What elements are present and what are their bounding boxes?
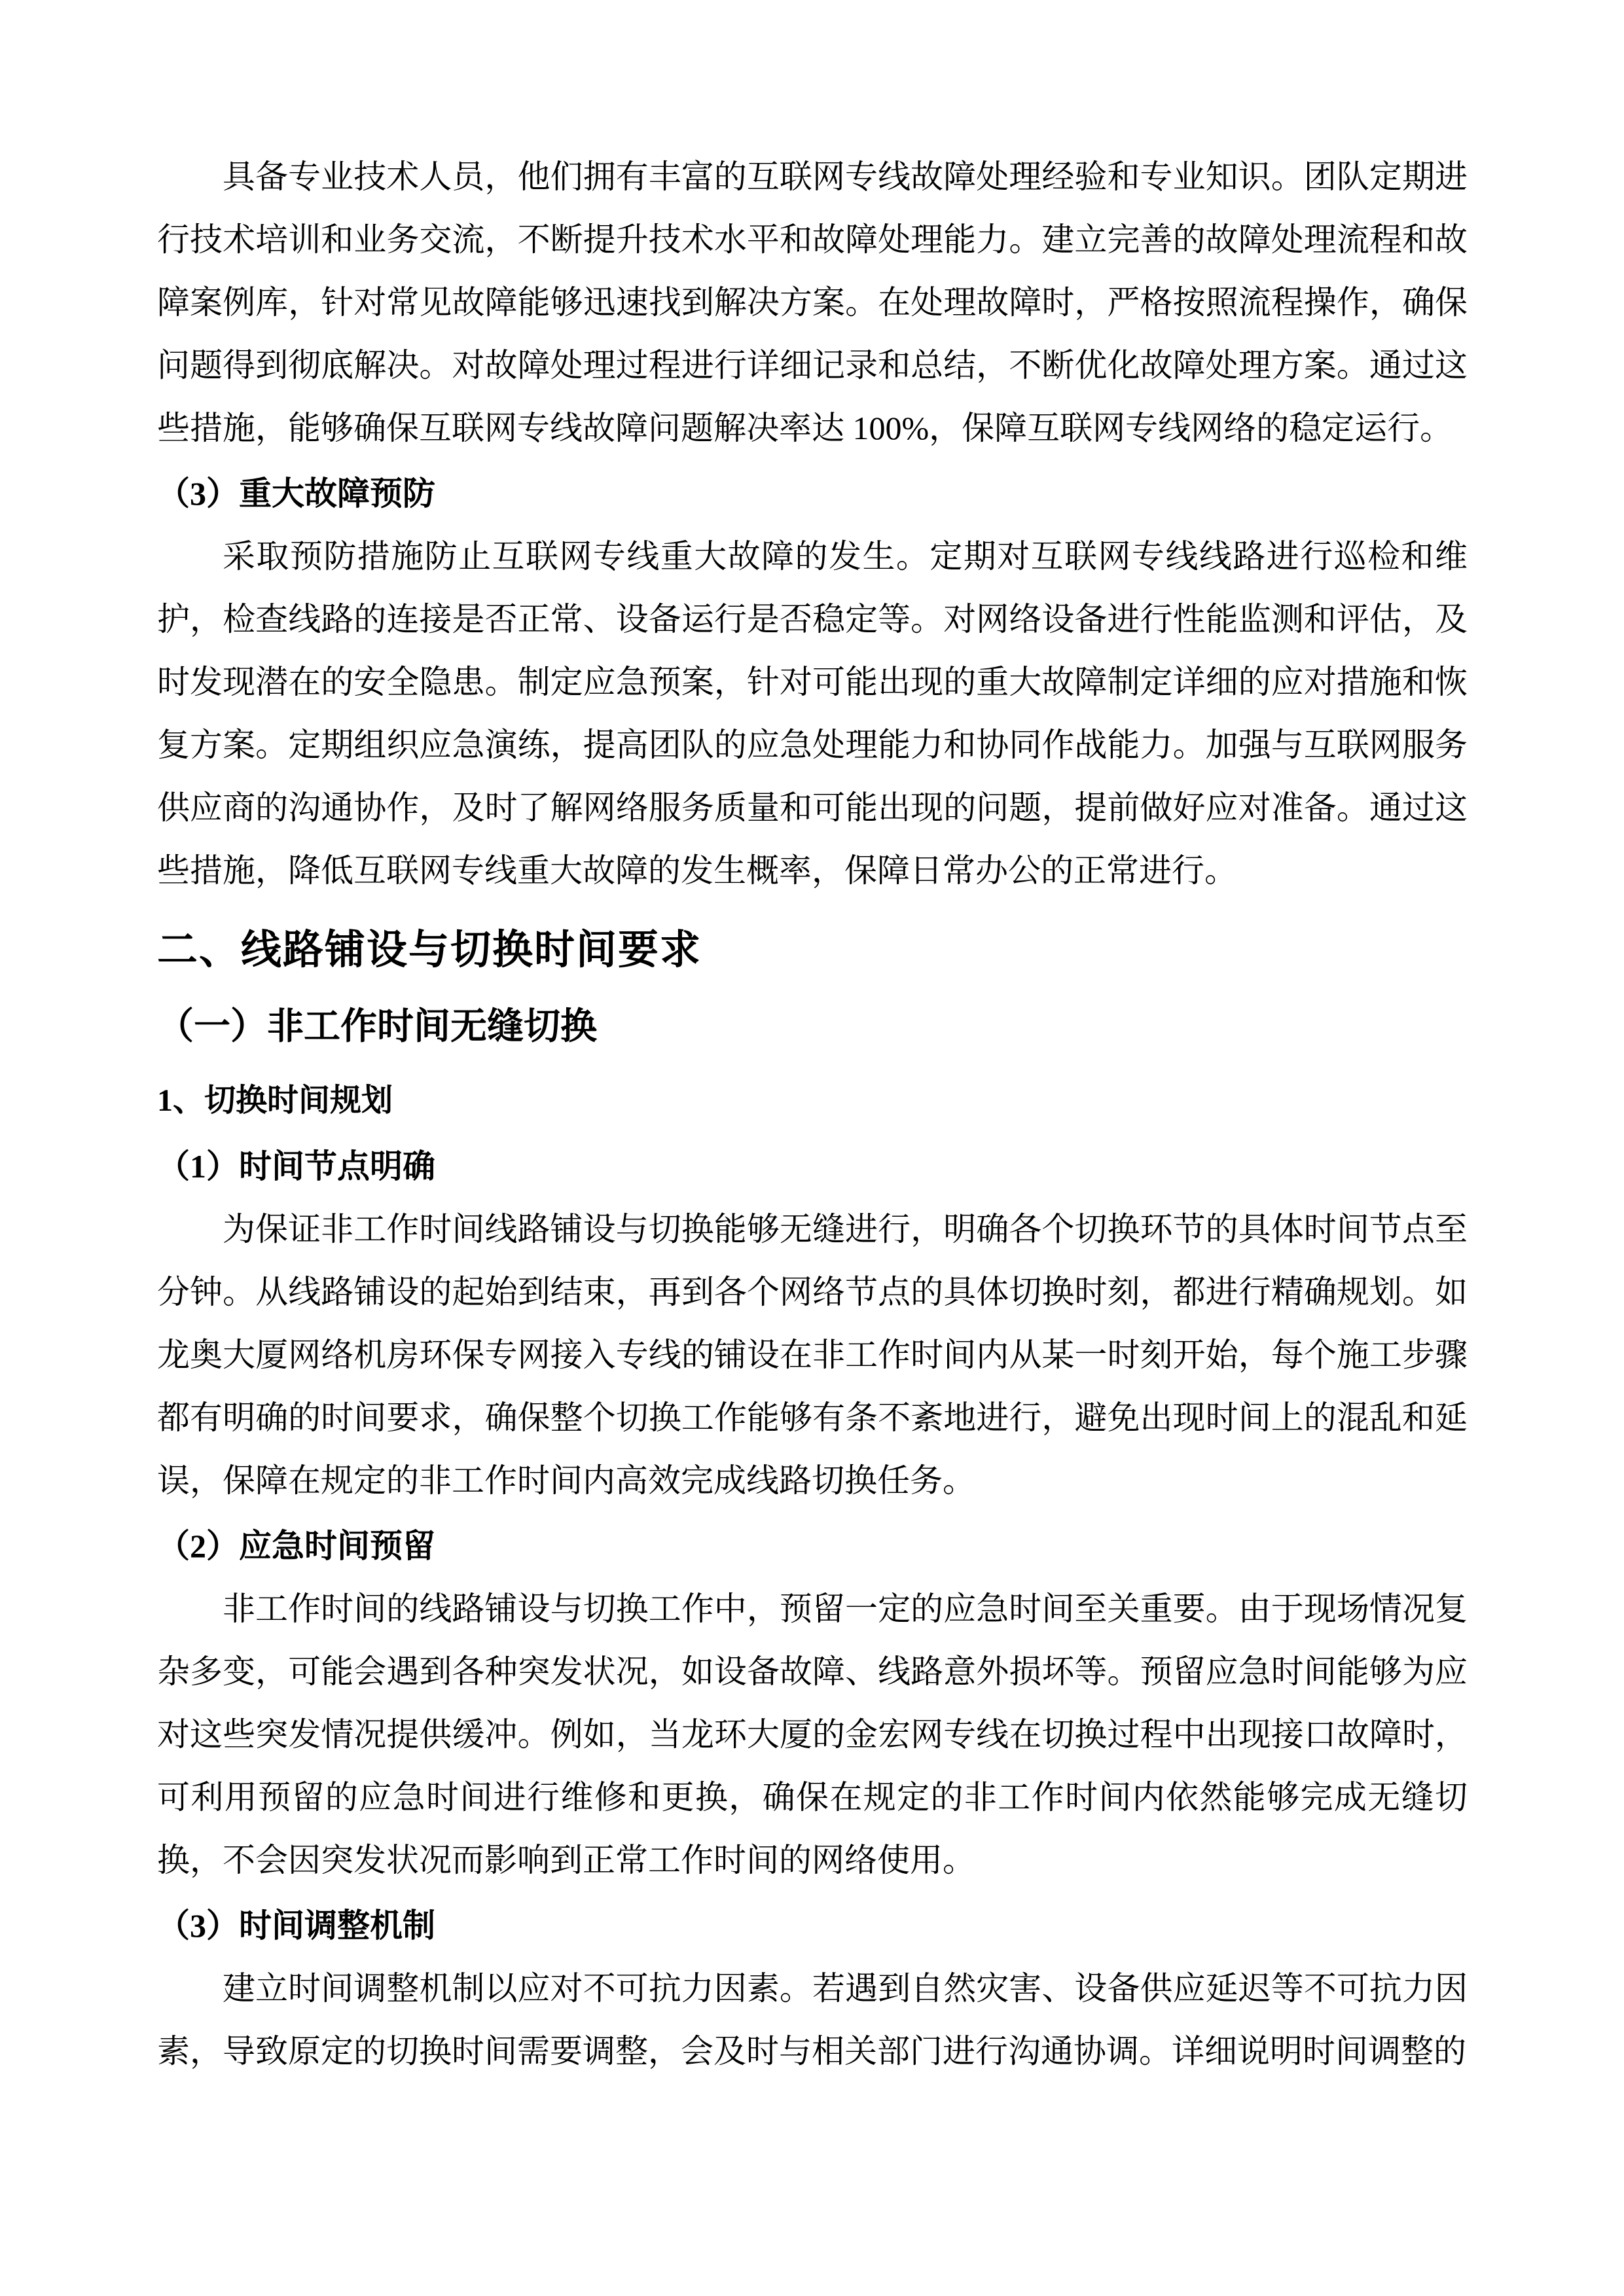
section-heading-level-4: （3）时间调整机制	[157, 1894, 1468, 1957]
paragraph: 采取预防措施防止互联网专线重大故障的发生。定期对互联网专线线路进行巡检和维护，检…	[157, 525, 1468, 902]
text-line: 杂多变，可能会遇到各种突发状况，如设备故障、线路意外损坏等。预留应急时间能够为应	[157, 1640, 1468, 1703]
section-heading-level-3: 1、切换时间规划	[157, 1069, 1468, 1132]
text-line: 时发现潜在的安全隐患。制定应急预案，针对可能出现的重大故障制定详细的应对措施和恢	[157, 651, 1468, 713]
paragraph: 为保证非工作时间线路铺设与切换能够无缝进行，明确各个切换环节的具体时间节点至分钟…	[157, 1198, 1468, 1512]
paragraph: 建立时间调整机制以应对不可抗力因素。若遇到自然灾害、设备供应延迟等不可抗力因素，…	[157, 1957, 1468, 2083]
text-line: 障案例库，针对常见故障能够迅速找到解决方案。在处理故障时，严格按照流程操作，确保	[157, 271, 1468, 334]
section-heading-level-4: （1）时间节点明确	[157, 1135, 1468, 1198]
text-line: 素，导致原定的切换时间需要调整，会及时与相关部门进行沟通协调。详细说明时间调整的	[157, 2020, 1468, 2083]
section-heading-level-4: （3）重大故障预防	[157, 462, 1468, 525]
text-line: 换，不会因突发状况而影响到正常工作时间的网络使用。	[157, 1829, 1468, 1892]
text-line: 采取预防措施防止互联网专线重大故障的发生。定期对互联网专线线路进行巡检和维	[157, 525, 1468, 588]
text-line: 护，检查线路的连接是否正常、设备运行是否稳定等。对网络设备进行性能监测和评估，及	[157, 588, 1468, 651]
text-line: 非工作时间的线路铺设与切换工作中，预留一定的应急时间至关重要。由于现场情况复	[157, 1577, 1468, 1640]
text-line: 行技术培训和业务交流，不断提升技术水平和故障处理能力。建立完善的故障处理流程和故	[157, 208, 1468, 271]
paragraph: 具备专业技术人员，他们拥有丰富的互联网专线故障处理经验和专业知识。团队定期进行技…	[157, 145, 1468, 459]
text-line: 龙奥大厦网络机房环保专网接入专线的铺设在非工作时间内从某一时刻开始，每个施工步骤	[157, 1323, 1468, 1386]
text-line: 都有明确的时间要求，确保整个切换工作能够有条不紊地进行，避免出现时间上的混乱和延	[157, 1386, 1468, 1449]
text-line: 些措施，降低互联网专线重大故障的发生概率，保障日常办公的正常进行。	[157, 839, 1468, 902]
text-line: 复方案。定期组织应急演练，提高团队的应急处理能力和协同作战能力。加强与互联网服务	[157, 713, 1468, 776]
document-page: 具备专业技术人员，他们拥有丰富的互联网专线故障处理经验和专业知识。团队定期进行技…	[0, 0, 1624, 2296]
text-line: 建立时间调整机制以应对不可抗力因素。若遇到自然灾害、设备供应延迟等不可抗力因	[157, 1957, 1468, 2020]
text-line: 供应商的沟通协作，及时了解网络服务质量和可能出现的问题，提前做好应对准备。通过这	[157, 776, 1468, 839]
text-line: 问题得到彻底解决。对故障处理过程进行详细记录和总结，不断优化故障处理方案。通过这	[157, 334, 1468, 397]
page-content: 具备专业技术人员，他们拥有丰富的互联网专线故障处理经验和专业知识。团队定期进行技…	[157, 145, 1468, 2083]
text-line: 对这些突发情况提供缓冲。例如，当龙环大厦的金宏网专线在切换过程中出现接口故障时，	[157, 1703, 1468, 1766]
text-line: 误，保障在规定的非工作时间内高效完成线路切换任务。	[157, 1449, 1468, 1512]
text-line: 些措施，能够确保互联网专线故障问题解决率达 100%，保障互联网专线网络的稳定运…	[157, 397, 1468, 459]
text-line: 可利用预留的应急时间进行维修和更换，确保在规定的非工作时间内依然能够完成无缝切	[157, 1766, 1468, 1829]
section-heading-level-2: （一）非工作时间无缝切换	[157, 991, 1468, 1063]
section-heading-level-4: （2）应急时间预留	[157, 1515, 1468, 1577]
section-heading-level-1: 二、线路铺设与切换时间要求	[157, 911, 1468, 990]
text-line: 具备专业技术人员，他们拥有丰富的互联网专线故障处理经验和专业知识。团队定期进	[157, 145, 1468, 208]
text-line: 分钟。从线路铺设的起始到结束，再到各个网络节点的具体切换时刻，都进行精确规划。如	[157, 1261, 1468, 1323]
paragraph: 非工作时间的线路铺设与切换工作中，预留一定的应急时间至关重要。由于现场情况复杂多…	[157, 1577, 1468, 1892]
text-line: 为保证非工作时间线路铺设与切换能够无缝进行，明确各个切换环节的具体时间节点至	[157, 1198, 1468, 1261]
